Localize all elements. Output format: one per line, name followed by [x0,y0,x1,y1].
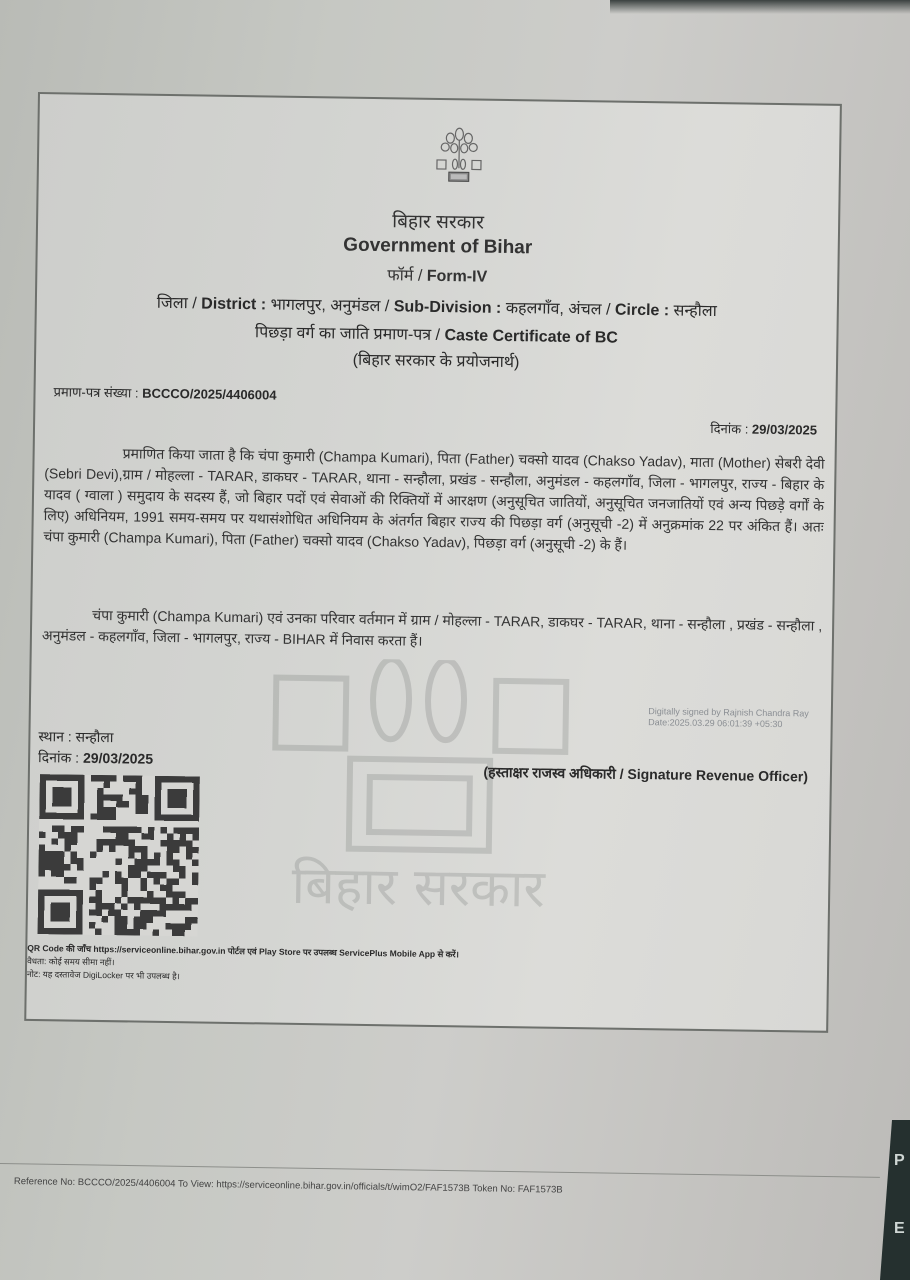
subdivision-value: कहलगाँव [506,300,560,318]
qr-code-icon[interactable] [38,774,200,936]
certificate-type-hi: पिछड़ा वर्ग का जाति प्रमाण-पत्र [255,324,431,344]
keyboard-key: P [894,1152,905,1170]
certificate-number-label: प्रमाण-पत्र संख्या : [53,384,138,400]
certificate-date: दिनांक : 29/03/2025 [710,419,817,439]
circle-value: सन्हौला [673,302,716,320]
place-label: स्थान : [38,728,72,744]
signature-date-value: 29/03/2025 [83,750,153,767]
certification-paragraph: प्रमाणित किया जाता है कि चंपा कुमारी (Ch… [43,442,824,559]
subdivision-label-en: Sub-Division [394,298,492,316]
district-value: भागलपुर [270,296,321,314]
circle-label-hi: अंचल [568,301,601,318]
date-label: दिनांक : [710,421,748,437]
keyboard-key: E [894,1220,905,1238]
certificate-document: बिहार सरकार Government of Bihar फॉर्म / … [24,92,842,1033]
place-value: सन्हौला [76,729,114,746]
footer-divider [0,1163,880,1178]
background-keyboard: P E [880,1120,910,1280]
district-label-en: District [201,295,256,313]
district-label-hi: जिला [157,295,188,312]
notes: QR Code की जाँच https://serviceonline.bi… [27,942,459,987]
location-line: जिला / District : भागलपुर, अनुमंडल / Sub… [37,289,837,323]
digital-signature: Digitally signed by Rajnish Chandra Ray … [648,706,809,730]
form-title: फॉर्म / Form-IV [37,258,837,292]
subdivision-label-hi: अनुमंडल [330,297,380,315]
place-line: स्थान : सन्हौला [38,727,113,747]
form-english: Form-IV [427,268,488,286]
signature-date-label: दिनांक : [38,749,79,766]
form-hindi: फॉर्म [387,267,413,284]
watermark-emblem-icon: बिहार सरकार [268,658,572,922]
date-value: 29/03/2025 [752,422,817,438]
bihar-emblem-icon [434,120,485,191]
circle-label-en: Circle [615,302,660,320]
footer-reference: Reference No: BCCCO/2025/4406004 To View… [14,1176,563,1196]
certificate-number-value: BCCCO/2025/4406004 [142,386,277,403]
certificate-number: प्रमाण-पत्र संख्या : BCCCO/2025/4406004 [53,382,276,403]
certificate-type-en: Caste Certificate of BC [444,327,618,347]
watermark-text: बिहार सरकार [291,856,547,920]
residence-paragraph: चंपा कुमारी (Champa Kumari) एवं उनका परि… [42,604,823,658]
background-shadow [610,0,910,14]
signature-date-line: दिनांक : 29/03/2025 [38,748,153,769]
